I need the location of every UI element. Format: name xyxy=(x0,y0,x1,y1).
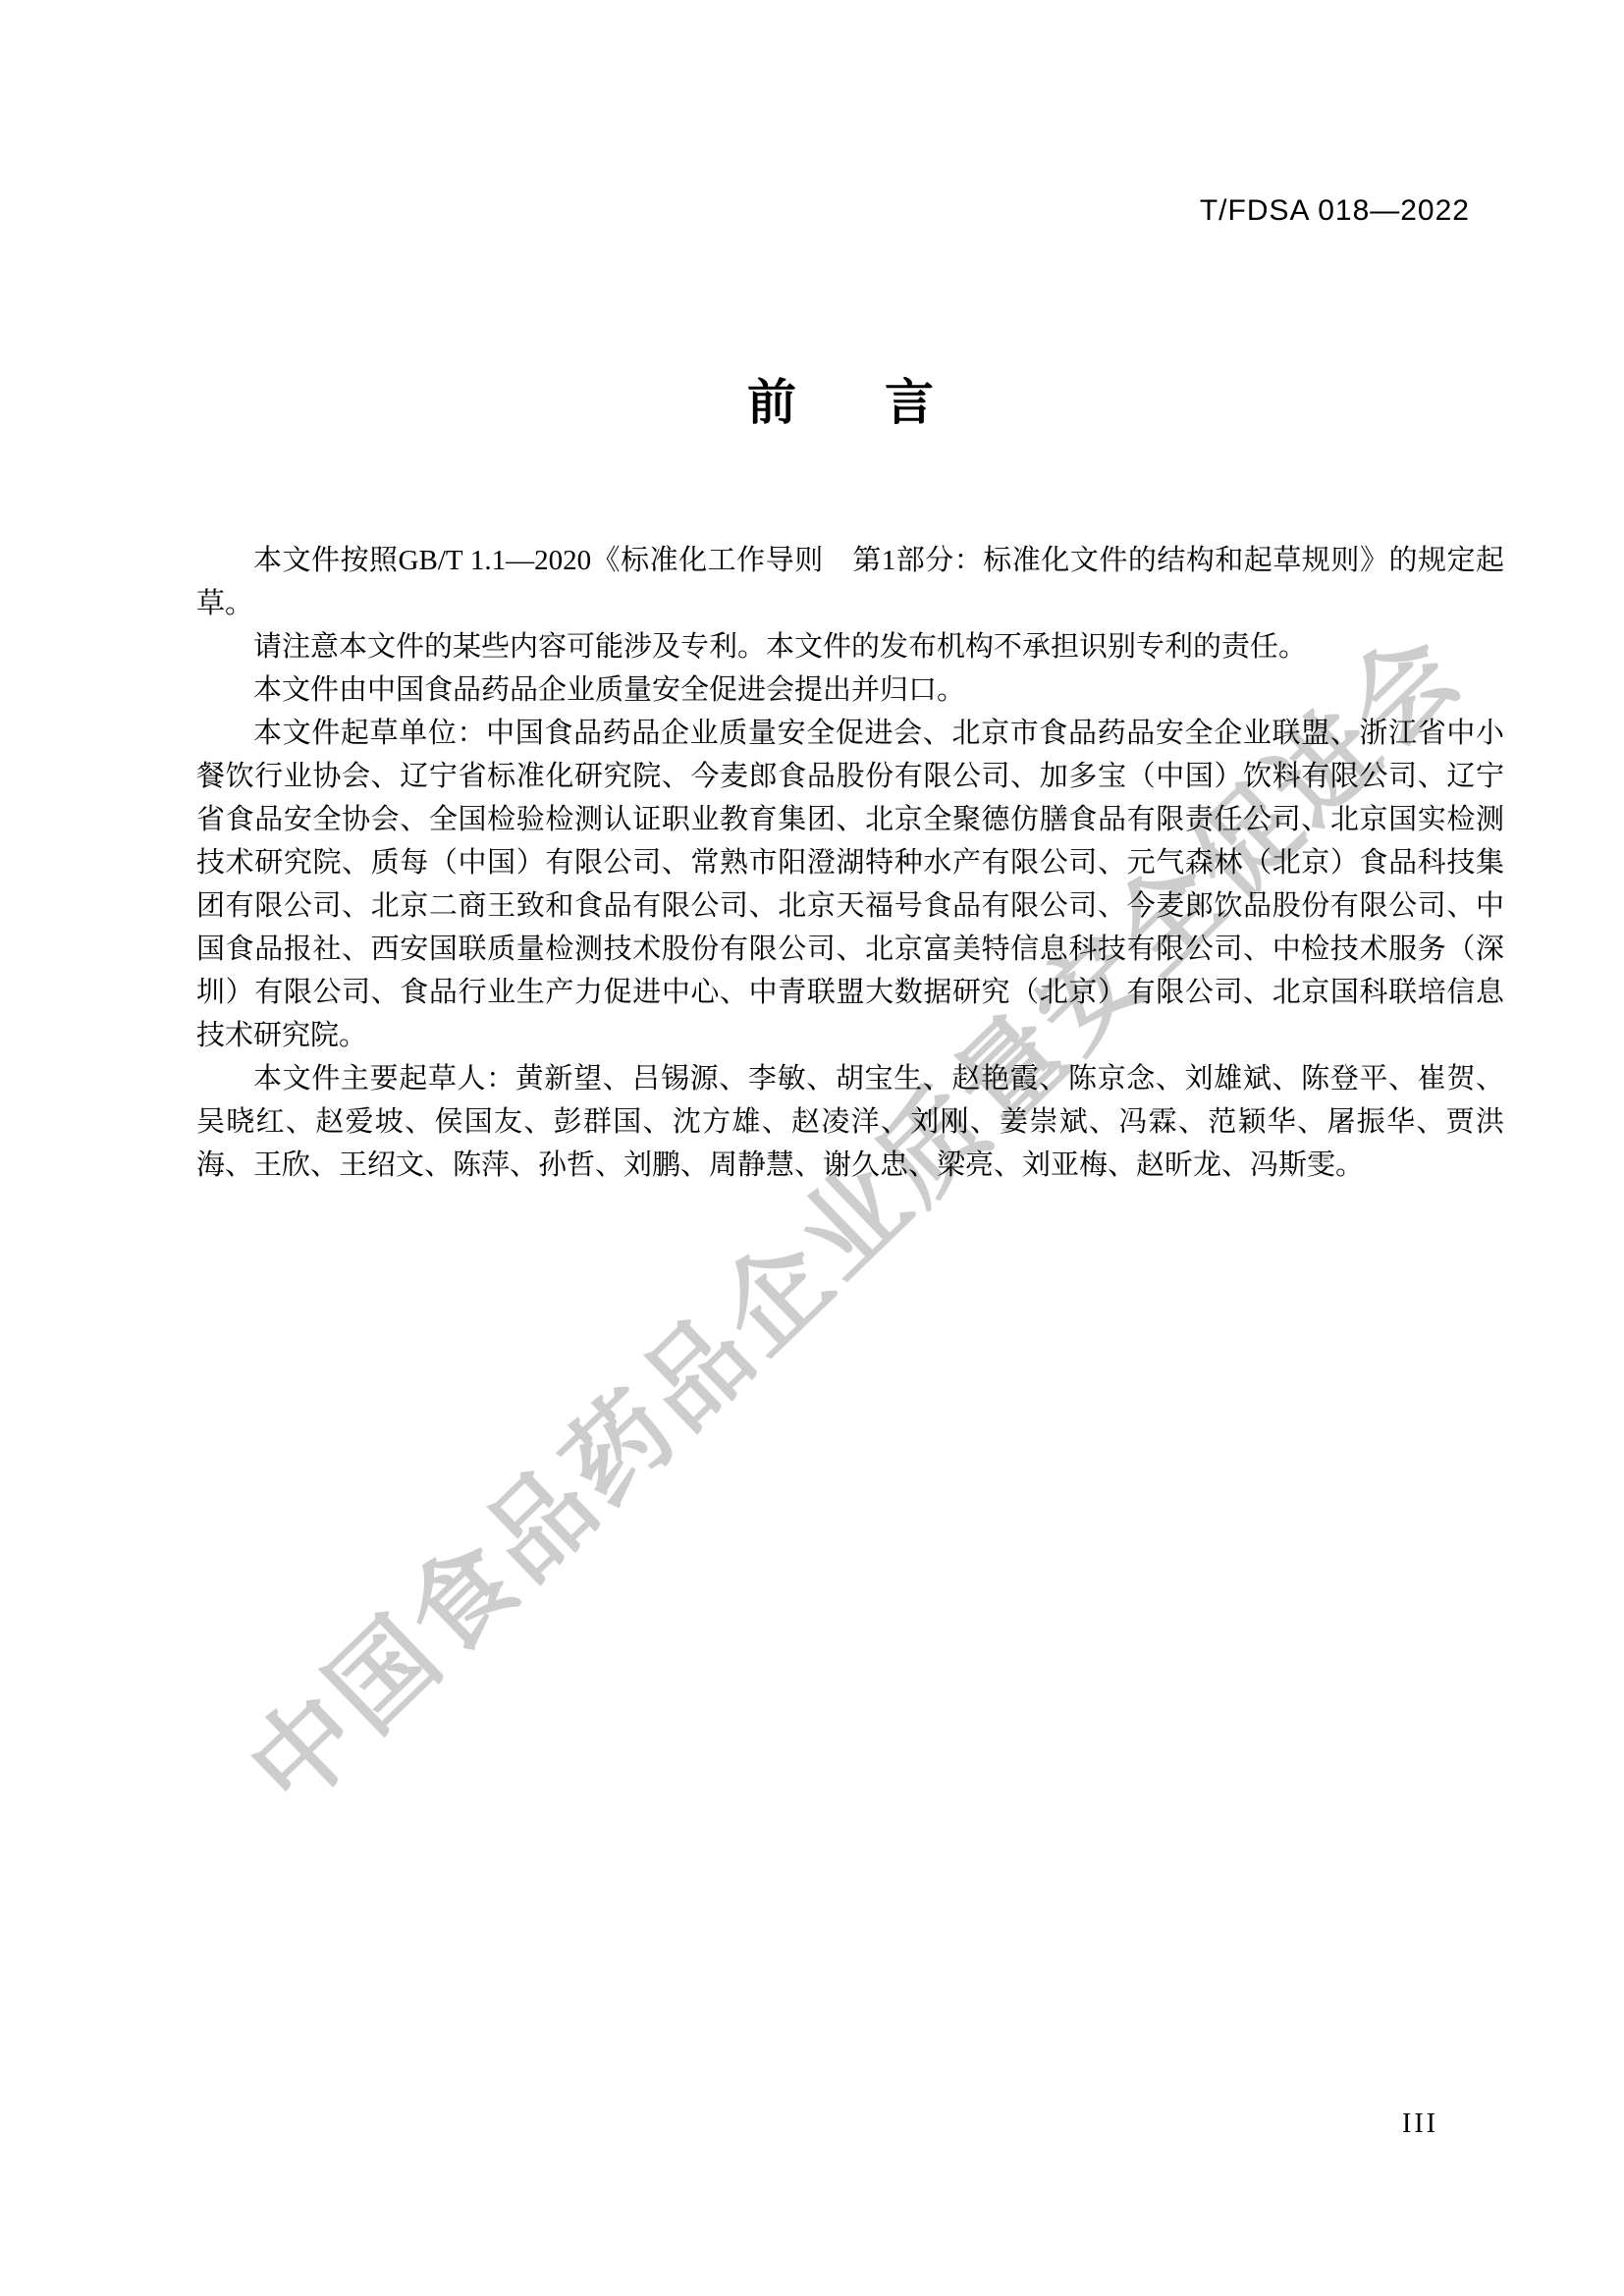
document-page: 中国食品药品企业质量安全促进会 T/FDSA 018—2022 前 言 本文件按… xyxy=(0,0,1624,2296)
foreword-paragraph-drafting-rules: 本文件按照GB/T 1.1—2020《标准化工作导则 第1部分：标准化文件的结构… xyxy=(196,539,1504,625)
page-title: 前 言 xyxy=(196,376,1504,430)
standard-number: T/FDSA 018—2022 xyxy=(1200,194,1470,228)
page-number: III xyxy=(1402,2109,1438,2140)
foreword-paragraph-proposed-by: 本文件由中国食品药品企业质量安全促进会提出并归口。 xyxy=(196,668,1504,712)
foreword-paragraph-patent-notice: 请注意本文件的某些内容可能涉及专利。本文件的发布机构不承担识别专利的责任。 xyxy=(196,625,1504,668)
foreword-paragraph-drafting-organizations: 本文件起草单位：中国食品药品企业质量安全促进会、北京市食品药品安全企业联盟、浙江… xyxy=(196,712,1504,1057)
foreword-body: 本文件按照GB/T 1.1—2020《标准化工作导则 第1部分：标准化文件的结构… xyxy=(196,539,1504,1187)
foreword-paragraph-main-drafters: 本文件主要起草人：黄新望、吕锡源、李敏、胡宝生、赵艳霞、陈京念、刘雄斌、陈登平、… xyxy=(196,1057,1504,1187)
